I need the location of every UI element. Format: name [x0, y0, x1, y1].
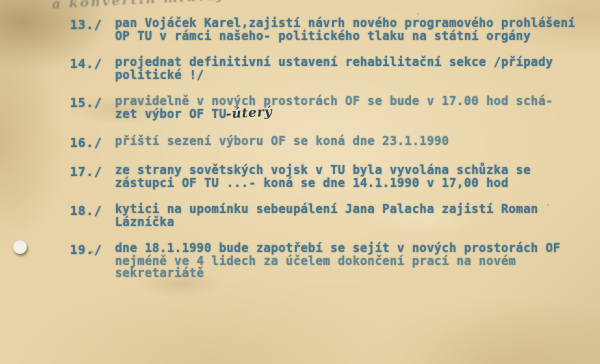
item-text-line: politické !/ [115, 69, 588, 82]
item-text-line: zet výbor OF TU-úterý [115, 108, 588, 122]
item-text-line: sekretariátě [115, 267, 588, 280]
item-text-fragment: zet výbor OF TU [115, 107, 226, 121]
handwritten-note-utery: -úterý [226, 106, 273, 121]
item-text-line: ze strany sovětských vojsk v TU byla vyv… [115, 164, 588, 177]
item-number: 14./ [70, 56, 115, 81]
list-item-13: 13./ pan Vojáček Karel,zajistí návrh nov… [70, 17, 588, 42]
item-text-line: zástupci OF TU ...- koná se dne 14.1.199… [115, 177, 588, 190]
item-text-line: pan Vojáček Karel,zajistí návrh nového p… [115, 17, 588, 30]
top-pencil-annotation: a konvertín mluvaj [52, 0, 225, 13]
item-text-line: dne 18.1.1990 bude zapotřebí se sejít v … [115, 242, 588, 255]
item-number: 18./ [70, 203, 115, 228]
list-item-15: 15./ pravidelně v nových prostorách OF s… [70, 95, 588, 121]
list-item-18: 18./ kytici na upomínku sebeupálení Jana… [70, 203, 588, 228]
document-body: 13./ pan Vojáček Karel,zajistí návrh nov… [70, 17, 588, 294]
list-item-16: 16./ příští sezení výboru OF se koná dne… [70, 135, 588, 150]
item-number: 15./ [70, 95, 115, 121]
item-number: 13./ [70, 17, 115, 42]
item-number: 19./ [70, 242, 115, 280]
item-number: 16./ [70, 135, 115, 150]
item-text-line: projednat definitivní ustavení rehabilit… [115, 56, 588, 69]
scanned-typewritten-page: a konvertín mluvaj 13./ pan Vojáček Kare… [0, 0, 600, 364]
list-item-14: 14./ projednat definitivní ustavení reha… [70, 56, 588, 81]
punch-hole [13, 240, 27, 254]
item-text-line: OP TU v rámci našeho- politického tlaku … [115, 30, 588, 43]
item-text-line: kytici na upomínku sebeupálení Jana Pala… [115, 203, 588, 216]
list-item-19: 19./ dne 18.1.1990 bude zapotřebí se sej… [70, 242, 588, 280]
list-item-17: 17./ ze strany sovětských vojsk v TU byl… [70, 164, 588, 189]
item-text-line: příští sezení výboru OF se koná dne 23.1… [115, 135, 588, 148]
item-text-line: Lázníčka [115, 216, 588, 229]
item-number: 17./ [70, 164, 115, 189]
item-text-line: pravidelně v nových prostorách OF se bud… [115, 95, 588, 108]
